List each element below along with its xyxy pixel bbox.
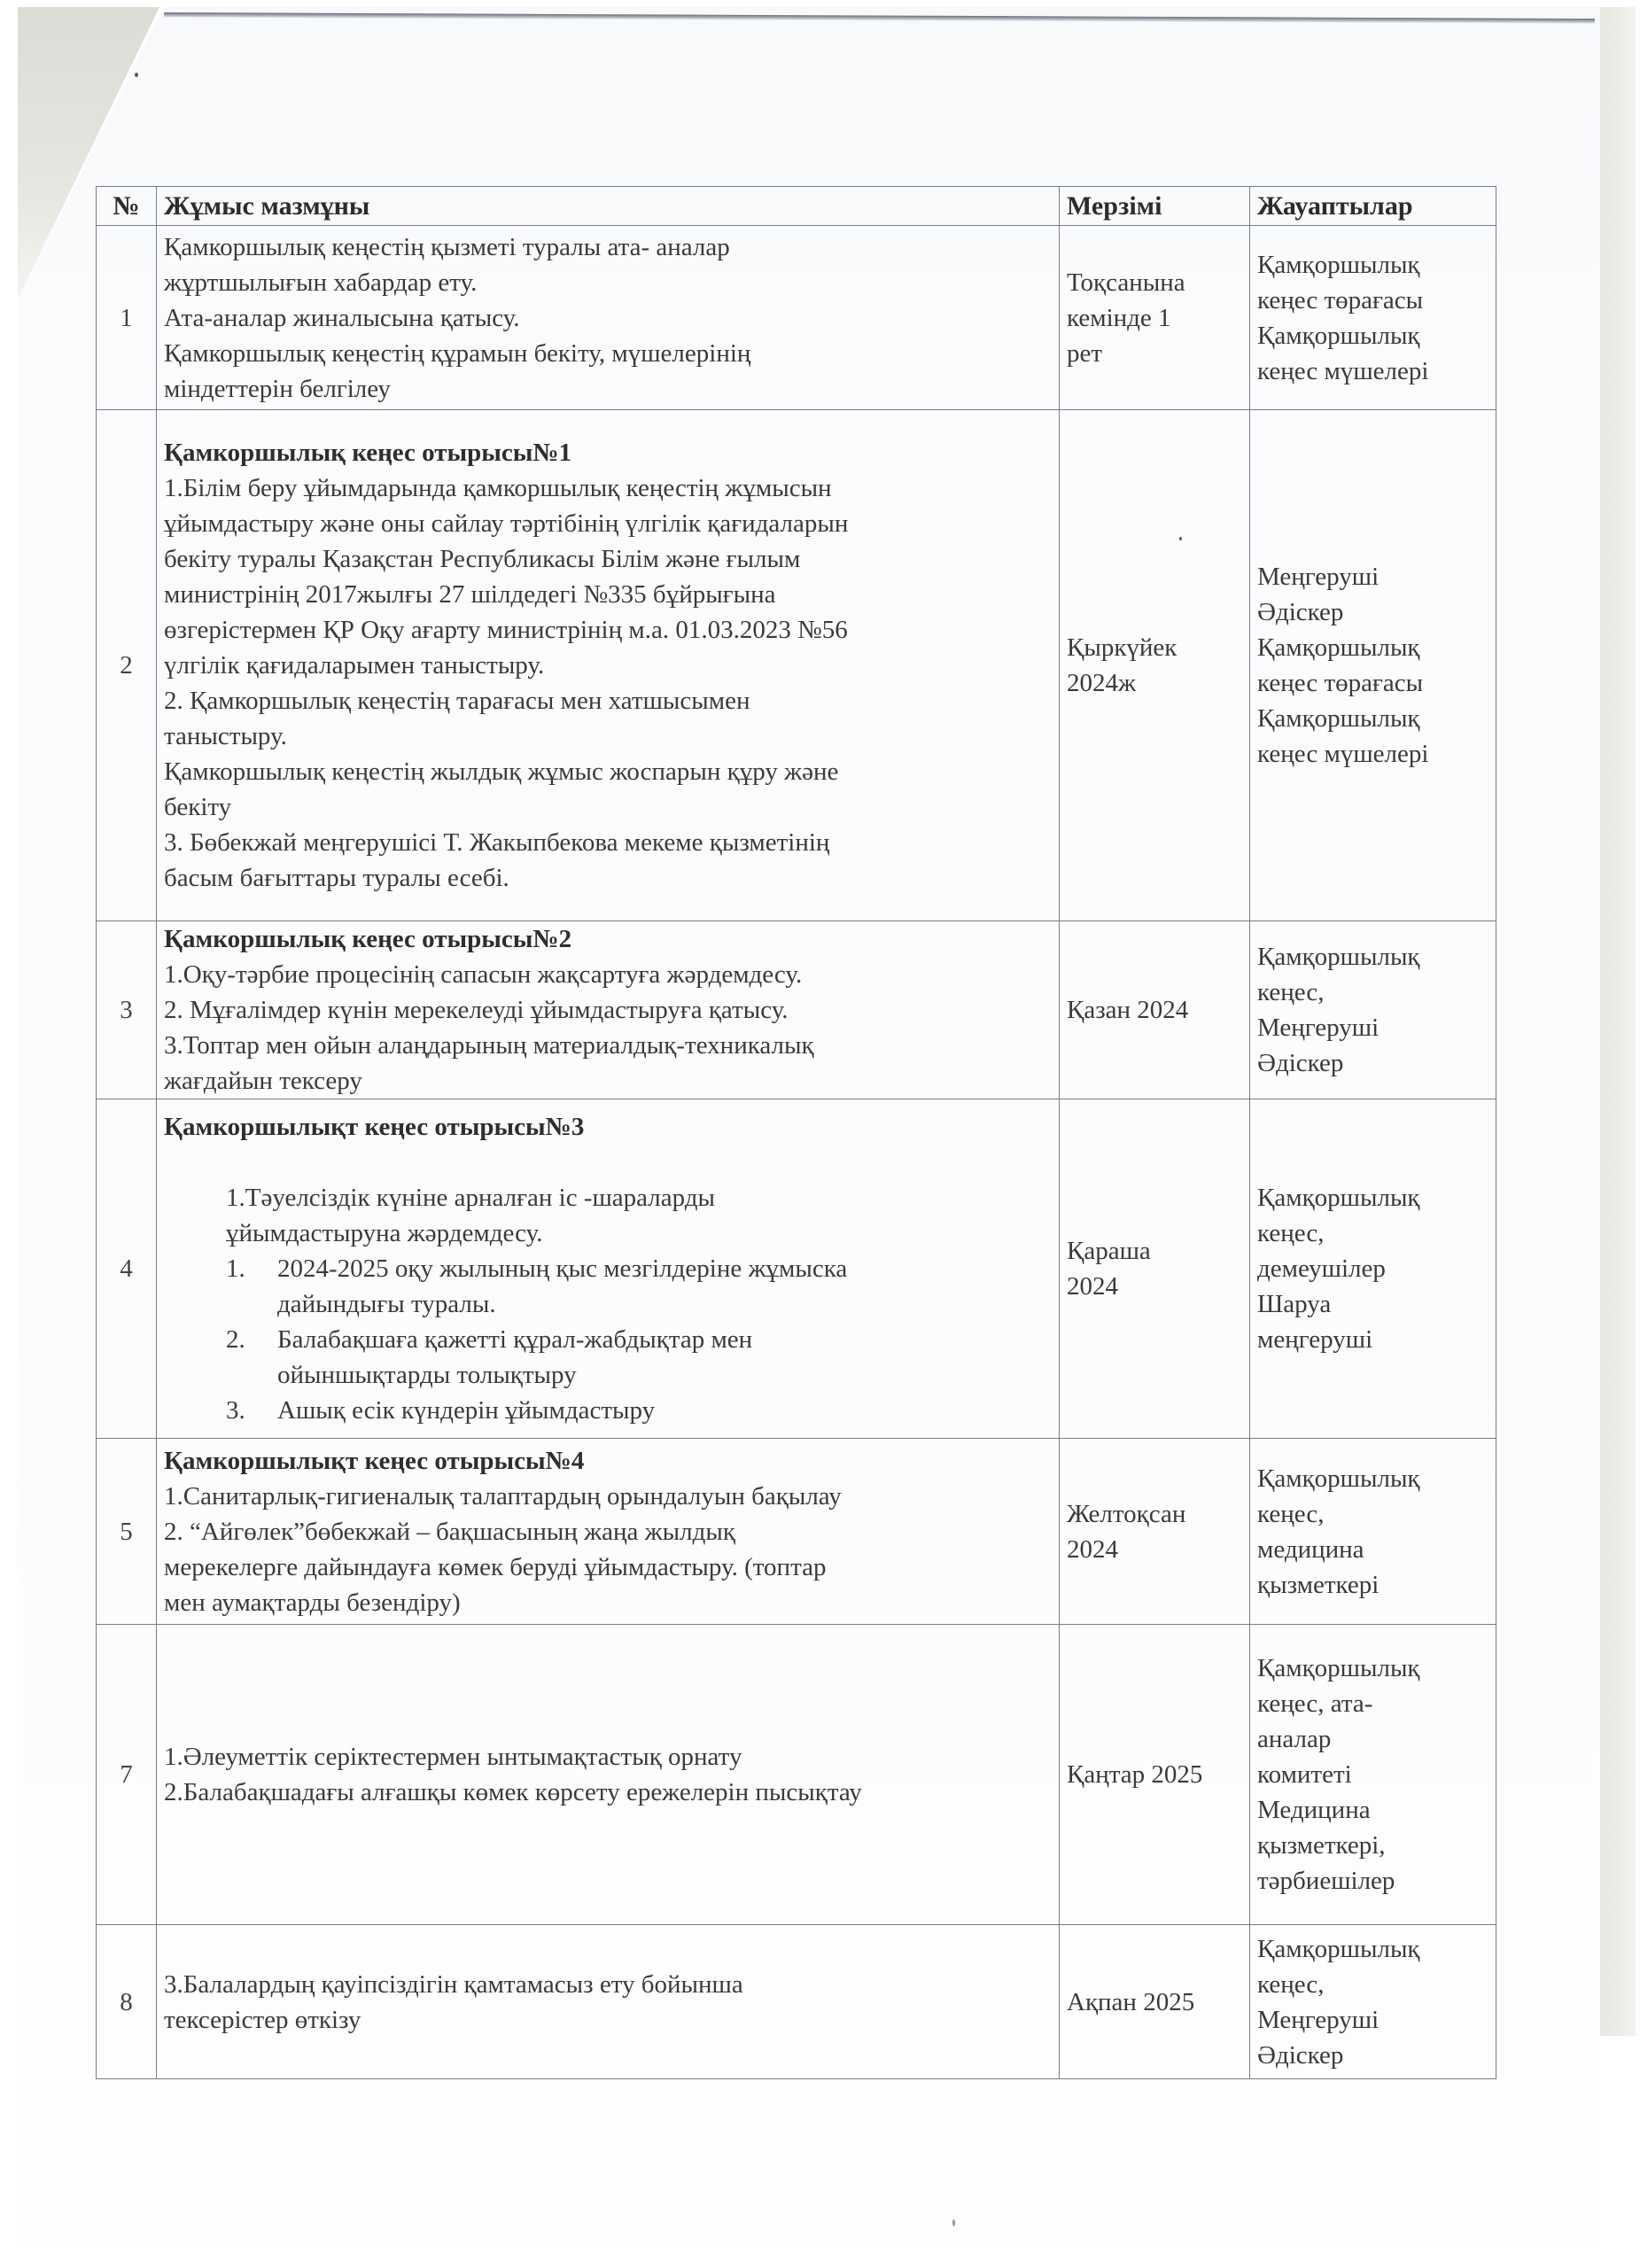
deadline-cell: Қаңтар 2025 xyxy=(1060,1625,1250,1925)
responsible-text: Қамқоршылық xyxy=(1257,1931,1488,1967)
content-line: 2. Қамкоршылық кеңестің тарағасы мен хат… xyxy=(164,683,1052,718)
responsible-cell: Қамқоршылықкеңес,МеңгерушіӘдіскер xyxy=(1250,1925,1496,2079)
deadline-text: Қыркүйек xyxy=(1067,630,1242,665)
responsible-text: Меңгеруші xyxy=(1257,559,1488,594)
responsible-text: Әдіскер xyxy=(1257,1045,1488,1081)
responsible-text: комитеті xyxy=(1257,1757,1488,1792)
row-number: 8 xyxy=(97,1925,157,2079)
content-line: басым бағыттары туралы есебі. xyxy=(164,860,1052,896)
responsible-text: Қамқоршылық xyxy=(1257,1180,1488,1216)
blank-line xyxy=(164,1145,1052,1180)
content-line: 2. Мұғалімдер күнін мерекелеуді ұйымдаст… xyxy=(164,992,1052,1028)
content-line: ұйымдастыру және оны сайлау тәртібінің ү… xyxy=(164,506,1052,541)
responsible-text: Әдіскер xyxy=(1257,2038,1488,2073)
deadline-text: Желтоқсан xyxy=(1067,1496,1242,1532)
meeting-title: Қамкоршылық кеңес отырысы№2 xyxy=(164,921,1052,957)
content-line: тексерістер өткізу xyxy=(164,2002,1052,2038)
content-line: 2.Балабақшадағы алғашқы көмек көрсету ер… xyxy=(164,1775,1052,1810)
deadline-cell: Ақпан 2025 xyxy=(1060,1925,1250,2079)
content-line: бекіту туралы Қазақстан Республикасы Біл… xyxy=(164,541,1052,577)
table-row: 71.Әлеуметтік серіктестермен ынтымақтаст… xyxy=(97,1625,1496,1925)
row-number: 2 xyxy=(97,410,157,921)
deadline-text: 2024ж xyxy=(1067,665,1242,701)
content-line: Қамкоршылық кеңестің құрамын бекіту, мүш… xyxy=(164,336,1052,371)
row-number: 7 xyxy=(97,1625,157,1925)
content-line: жұртшылығын хабардар ету. xyxy=(164,265,1052,300)
work-content-cell: Қамкоршылық кеңестің қызметі туралы ата-… xyxy=(157,226,1060,410)
responsible-cell: Қамқоршылықкеңес, ата-аналаркомитетіМеди… xyxy=(1250,1625,1496,1925)
scan-speck xyxy=(952,2219,955,2226)
row-number: 5 xyxy=(97,1439,157,1625)
deadline-text: Қараша xyxy=(1067,1233,1242,1269)
deadline-text: кемінде 1 xyxy=(1067,300,1242,336)
meeting-title: Қамкоршылық кеңес отырысы№1 xyxy=(164,435,1052,470)
responsible-cell: Қамқоршылықкеңес,медицинақызметкері xyxy=(1250,1439,1496,1625)
work-content-cell: 3.Балалардың қауіпсіздігін қамтамасыз ет… xyxy=(157,1925,1060,2079)
deadline-cell: Қыркүйек2024ж xyxy=(1060,410,1250,921)
table-row: 1Қамкоршылық кеңестің қызметі туралы ата… xyxy=(97,226,1496,410)
content-line: ойыншықтарды толықтыру xyxy=(164,1357,1052,1393)
deadline-text: Қазан 2024 xyxy=(1067,992,1242,1028)
responsible-text: қызметкері, xyxy=(1257,1828,1488,1863)
responsible-text: кеңес, xyxy=(1257,1496,1488,1532)
list-item: 3.Ашық есік күндерін ұйымдастыру xyxy=(164,1393,1052,1428)
responsible-text: медицина xyxy=(1257,1532,1488,1567)
deadline-text: 2024 xyxy=(1067,1532,1242,1567)
work-plan-table: № Жұмыс мазмұны Мерзімі Жауаптылар 1Қамк… xyxy=(96,186,1496,2079)
responsible-text: кеңес, ата- xyxy=(1257,1686,1488,1721)
table-row: 83.Балалардың қауіпсіздігін қамтамасыз е… xyxy=(97,1925,1496,2079)
responsible-text: Меңгеруші xyxy=(1257,2002,1488,2038)
meeting-title: Қамкоршылықт кеңес отырысы№3 xyxy=(164,1109,1052,1145)
responsible-text: аналар xyxy=(1257,1721,1488,1757)
content-line: ұйымдастыруна жәрдемдесу. xyxy=(164,1216,1052,1251)
responsible-cell: Қамқоршылықкеңес,МеңгерушіӘдіскер xyxy=(1250,921,1496,1099)
responsible-text: Қамқоршылық xyxy=(1257,630,1488,665)
deadline-text: Тоқсанына xyxy=(1067,265,1242,300)
content-line: дайындығы туралы. xyxy=(164,1286,1052,1322)
row-number: 4 xyxy=(97,1099,157,1439)
list-marker: 3. xyxy=(226,1393,277,1428)
content-line: таныстыру. xyxy=(164,718,1052,754)
scan-speck xyxy=(135,73,138,77)
content-line: мерекелерге дайындауға көмек беруді ұйым… xyxy=(164,1550,1052,1585)
content-line: 3.Топтар мен ойын алаңдарының материалды… xyxy=(164,1028,1052,1063)
responsible-text: кеңес, xyxy=(1257,975,1488,1010)
content-line: міндеттерін белгілеу xyxy=(164,371,1052,407)
content-line: 3.Балалардың қауіпсіздігін қамтамасыз ет… xyxy=(164,1967,1052,2002)
content-line: 2. “Айгөлек”бөбекжай – бақшасының жаңа ж… xyxy=(164,1514,1052,1550)
deadline-cell: Тоқсанынакемінде 1рет xyxy=(1060,226,1250,410)
responsible-text: меңгеруші xyxy=(1257,1322,1488,1357)
header-deadline: Мерзімі xyxy=(1060,187,1250,226)
responsible-text: кеңес төрағасы xyxy=(1257,283,1488,318)
scanner-margin-right xyxy=(1600,7,1636,2036)
row-number: 1 xyxy=(97,226,157,410)
table-row: 3Қамкоршылық кеңес отырысы№21.Оқу-тәрбие… xyxy=(97,921,1496,1099)
list-item-text: 2024-2025 оқу жылының қыс мезгілдеріне ж… xyxy=(277,1254,847,1283)
responsible-text: Қамқоршылық xyxy=(1257,1651,1488,1686)
header-responsible: Жауаптылар xyxy=(1250,187,1496,226)
list-marker: 1. xyxy=(226,1251,277,1286)
content-line: 1.Санитарлық-гигиеналық талаптардың орын… xyxy=(164,1479,1052,1514)
responsible-text: Қамқоршылық xyxy=(1257,318,1488,353)
meeting-title: Қамкоршылықт кеңес отырысы№4 xyxy=(164,1443,1052,1479)
content-line: өзгерістермен ҚР Оқу ағарту министрінің … xyxy=(164,612,1052,648)
work-content-cell: Қамкоршылық кеңес отырысы№11.Білім беру … xyxy=(157,410,1060,921)
content-line: 1.Оқу-тәрбие процесінің сапасын жақсарту… xyxy=(164,957,1052,992)
responsible-text: Медицина xyxy=(1257,1792,1488,1828)
content-line: үлгілік қағидаларымен таныстыру. xyxy=(164,648,1052,683)
content-line: 3. Бөбекжай меңгерушісі Т. Жакыпбекова м… xyxy=(164,825,1052,860)
content-line: 1.Тәуелсіздік күніне арналған іс -шарала… xyxy=(164,1180,1052,1216)
header-content: Жұмыс мазмұны xyxy=(157,187,1060,226)
responsible-cell: Қамқоршылықкеңес төрағасыҚамқоршылықкеңе… xyxy=(1250,226,1496,410)
responsible-text: Шаруа xyxy=(1257,1286,1488,1322)
content-line: министрінің 2017жылғы 27 шілдедегі №335 … xyxy=(164,577,1052,612)
responsible-text: Қамқоршылық xyxy=(1257,247,1488,283)
table-row: 5Қамкоршылықт кеңес отырысы№41.Санитарлы… xyxy=(97,1439,1496,1625)
deadline-text: Қаңтар 2025 xyxy=(1067,1757,1242,1792)
responsible-text: Әдіскер xyxy=(1257,594,1488,630)
work-content-cell: Қамкоршылықт кеңес отырысы№41.Санитарлық… xyxy=(157,1439,1060,1625)
list-item: 1.2024-2025 оқу жылының қыс мезгілдеріне… xyxy=(164,1251,1052,1286)
content-line: мен аумақтарды безендіру) xyxy=(164,1585,1052,1620)
table-header-row: № Жұмыс мазмұны Мерзімі Жауаптылар xyxy=(97,187,1496,226)
table-row: 4Қамкоршылықт кеңес отырысы№31.Тәуелсізд… xyxy=(97,1099,1496,1439)
responsible-text: кеңес мүшелері xyxy=(1257,353,1488,389)
deadline-text: 2024 xyxy=(1067,1269,1242,1304)
table-body: 1Қамкоршылық кеңестің қызметі туралы ата… xyxy=(97,226,1496,2079)
responsible-text: тәрбиешілер xyxy=(1257,1863,1488,1899)
responsible-text: кеңес, xyxy=(1257,1216,1488,1251)
responsible-text: кеңес төрағасы xyxy=(1257,665,1488,701)
content-line: жағдайын тексеру xyxy=(164,1063,1052,1099)
responsible-text: Қамқоршылық xyxy=(1257,1461,1488,1496)
header-number: № xyxy=(97,187,157,226)
deadline-cell: Қараша2024 xyxy=(1060,1099,1250,1439)
deadline-text: рет xyxy=(1067,336,1242,371)
list-item: 2.Балабақшаға қажетті құрал-жабдықтар ме… xyxy=(164,1322,1052,1357)
content-line: бекіту xyxy=(164,789,1052,825)
list-marker: 2. xyxy=(226,1322,277,1357)
content-line: Ата-аналар жиналысына қатысу. xyxy=(164,300,1052,336)
list-item-text: Балабақшаға қажетті құрал-жабдықтар мен xyxy=(277,1325,752,1354)
deadline-cell: Қазан 2024 xyxy=(1060,921,1250,1099)
responsible-text: демеушілер xyxy=(1257,1251,1488,1286)
responsible-text: Қамқоршылық xyxy=(1257,939,1488,975)
responsible-text: Қамқоршылық xyxy=(1257,701,1488,736)
content-line: 1.Білім беру ұйымдарында қамкоршылық кең… xyxy=(164,470,1052,506)
responsible-cell: МеңгерушіӘдіскерҚамқоршылықкеңес төрағас… xyxy=(1250,410,1496,921)
row-number: 3 xyxy=(97,921,157,1099)
work-content-cell: 1.Әлеуметтік серіктестермен ынтымақтасты… xyxy=(157,1625,1060,1925)
content-line: Қамкоршылық кеңестің қызметі туралы ата-… xyxy=(164,229,1052,265)
work-content-cell: Қамкоршылық кеңес отырысы№21.Оқу-тәрбие … xyxy=(157,921,1060,1099)
content-line: 1.Әлеуметтік серіктестермен ынтымақтасты… xyxy=(164,1739,1052,1775)
responsible-text: Меңгеруші xyxy=(1257,1010,1488,1045)
responsible-cell: Қамқоршылықкеңес,демеушілерШаруамеңгеруш… xyxy=(1250,1099,1496,1439)
responsible-text: кеңес мүшелері xyxy=(1257,736,1488,772)
responsible-text: кеңес, xyxy=(1257,1967,1488,2002)
deadline-cell: Желтоқсан2024 xyxy=(1060,1439,1250,1625)
content-line: Қамкоршылық кеңестің жылдық жұмыс жоспар… xyxy=(164,754,1052,789)
deadline-text: Ақпан 2025 xyxy=(1067,1984,1242,2020)
work-content-cell: Қамкоршылықт кеңес отырысы№31.Тәуелсізді… xyxy=(157,1099,1060,1439)
list-item-text: Ашық есік күндерін ұйымдастыру xyxy=(277,1396,655,1425)
table-row: 2Қамкоршылық кеңес отырысы№11.Білім беру… xyxy=(97,410,1496,921)
responsible-text: қызметкері xyxy=(1257,1567,1488,1603)
